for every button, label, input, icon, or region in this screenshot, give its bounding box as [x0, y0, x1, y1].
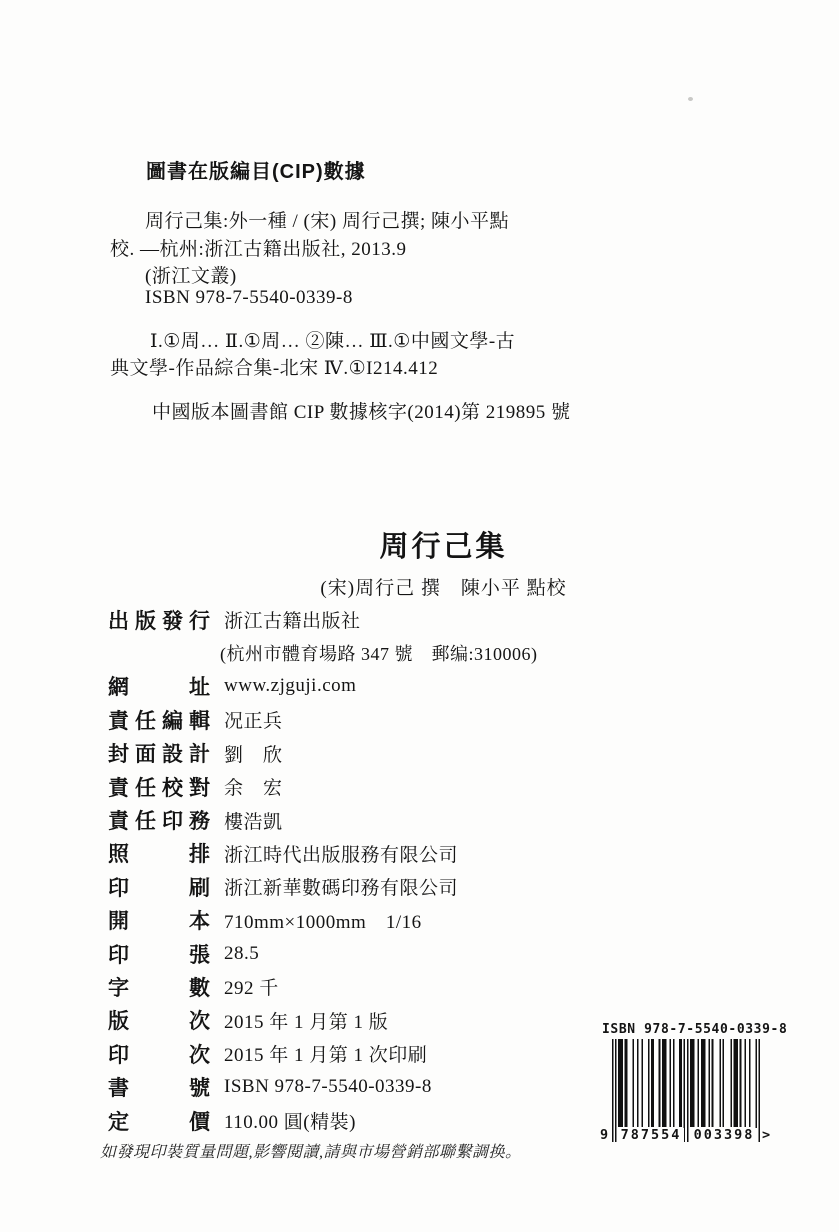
book-byline: (宋)周行己 撰 陳小平 點校 [48, 573, 839, 600]
cip-header: 圖書在版編目(CIP)數據 [146, 155, 366, 184]
colophon-extra-line: (杭州市體育場路 347 號 郵编:310006) [108, 636, 668, 669]
colophon-value: 浙江古籍出版社 [224, 606, 361, 633]
barcode-quiet-zone-mark: > [762, 1128, 770, 1142]
colophon-label: 版 次 [108, 1005, 210, 1035]
colophon-label: 印 刷 [108, 872, 210, 902]
colophon-row: 印 刷浙江新華數碼印務有限公司 [108, 870, 668, 903]
barcode-digit-group-1: 787554 [618, 1128, 684, 1142]
colophon-value: 况正兵 [224, 706, 283, 733]
colophon-label: 出版發行 [108, 605, 210, 635]
barcode-digit-group-2: 003398 [691, 1128, 757, 1142]
colophon-value: 2015 年 1 月第 1 次印刷 [224, 1040, 427, 1067]
quality-note: 如發現印裝質量問題,影響閱讀,請與市場營銷部聯繫調换。 [100, 1139, 522, 1162]
isbn-barcode: ISBN 978-7-5540-0339-8 9 787554 003398 > [600, 1022, 780, 1158]
colophon-row: 字 數292 千 [108, 970, 668, 1003]
colophon-value: 292 千 [224, 973, 279, 1000]
colophon-label: 網 址 [108, 671, 210, 701]
colophon-row: 責任編輯况正兵 [108, 703, 668, 736]
colophon-row: 定 價110.00 圓(精裝) [108, 1104, 668, 1137]
colophon-label: 印 次 [108, 1039, 210, 1069]
cip-classification-line-2: 典文學-作品綜合集-北宋 Ⅳ.①I214.412 [110, 353, 438, 380]
colophon-value: 110.00 圓(精裝) [224, 1107, 356, 1134]
colophon-value: 28.5 [224, 943, 259, 965]
colophon-row: 責任校對余 宏 [108, 770, 668, 803]
barcode-isbn-text: ISBN 978-7-5540-0339-8 [602, 1022, 787, 1037]
colophon-value: 710mm×1000mm 1/16 [224, 907, 422, 934]
barcode-digit-lead: 9 [600, 1128, 608, 1142]
colophon-row: 版 次2015 年 1 月第 1 版 [108, 1004, 668, 1037]
colophon-label: 定 價 [108, 1106, 210, 1136]
colophon-label: 責任印務 [108, 805, 210, 835]
cip-record-number: 中國版本圖書館 CIP 數據核字(2014)第 219895 號 [152, 397, 571, 424]
colophon-row: 出版發行浙江古籍出版社 [108, 603, 668, 636]
book-title: 周行己集 [48, 524, 839, 565]
colophon-value: 劉 欣 [224, 740, 283, 767]
colophon-label: 責任校對 [108, 772, 210, 802]
colophon-label: 責任編輯 [108, 705, 210, 735]
colophon-row: 印 次2015 年 1 月第 1 次印刷 [108, 1037, 668, 1070]
colophon-value: www.zjguji.com [224, 675, 356, 697]
cip-entry-line-1: 周行己集:外一種 / (宋) 周行己撰; 陳小平點 [145, 206, 509, 233]
colophon-row: 印 張28.5 [108, 937, 668, 970]
colophon-value: 浙江新華數碼印務有限公司 [224, 873, 458, 900]
cip-entry-line-2: 校. —杭州:浙江古籍出版社, 2013.9 [110, 234, 407, 261]
colophon-label: 封面設計 [108, 738, 210, 768]
colophon-row: 封面設計劉 欣 [108, 737, 668, 770]
colophon-label: 照 排 [108, 838, 210, 868]
colophon-label: 書 號 [108, 1072, 210, 1102]
colophon-row: 網 址www.zjguji.com [108, 670, 668, 703]
cip-isbn-line: ISBN 978-7-5540-0339-8 [145, 287, 353, 309]
colophon-value: 余 宏 [224, 773, 283, 800]
colophon-row: 開 本710mm×1000mm 1/16 [108, 904, 668, 937]
cip-series-line: (浙江文叢) [145, 261, 237, 288]
book-copyright-page: 圖書在版編目(CIP)數據 周行己集:外一種 / (宋) 周行己撰; 陳小平點 … [0, 0, 839, 1232]
colophon-label: 印 張 [108, 939, 210, 969]
colophon-row: 書 號ISBN 978-7-5540-0339-8 [108, 1070, 668, 1103]
colophon-value: 2015 年 1 月第 1 版 [224, 1007, 388, 1034]
colophon-table: 出版發行浙江古籍出版社(杭州市體育場路 347 號 郵编:310006)網 址w… [108, 603, 668, 1137]
colophon-value: 樓浩凱 [224, 807, 283, 834]
colophon-row: 照 排浙江時代出版服務有限公司 [108, 837, 668, 870]
cip-classification-line-1: Ⅰ.①周… Ⅱ.①周… ②陳… Ⅲ.①中國文學-古 [150, 326, 515, 353]
colophon-value: ISBN 978-7-5540-0339-8 [224, 1076, 432, 1098]
colophon-label: 開 本 [108, 905, 210, 935]
colophon-value: 浙江時代出版服務有限公司 [224, 840, 458, 867]
colophon-row: 責任印務樓浩凱 [108, 803, 668, 836]
colophon-label: 字 數 [108, 972, 210, 1002]
print-speck [688, 97, 693, 101]
